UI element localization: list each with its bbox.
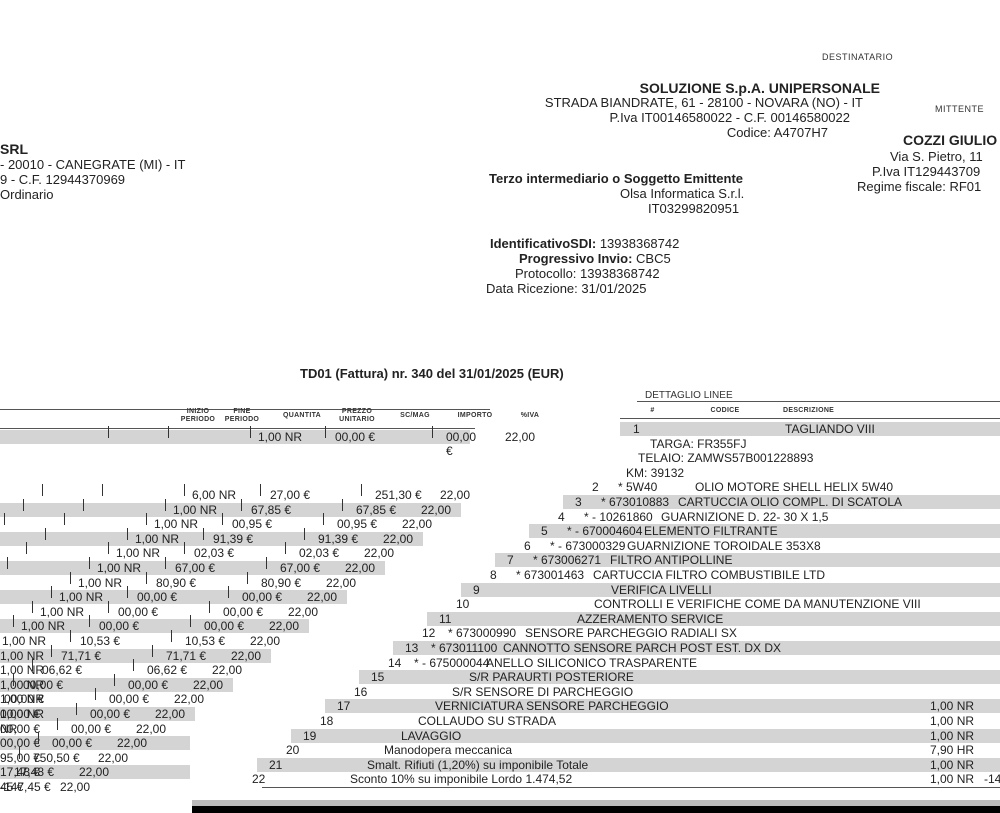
column-divider — [76, 703, 77, 715]
price-qty: 1,00 NR — [40, 605, 84, 619]
detail-description: GUARNIZIONE TOROIDALE 353X8 — [627, 539, 821, 553]
detail-code: * 673001463 — [516, 568, 584, 582]
price-amount: 00,00 € — [128, 678, 168, 692]
price-row: 45 €-147,45 €22,00 — [0, 780, 190, 794]
column-divider — [184, 542, 185, 554]
detail-num: 15 — [371, 670, 384, 684]
price-amount: 00,00 € — [109, 692, 149, 706]
sdi-progressivo-label: Progressivo Invio: — [519, 251, 632, 266]
price-amount: 00,95 € — [337, 517, 377, 531]
price-unit: 00,00 € — [0, 722, 40, 736]
column-divider — [209, 601, 210, 613]
price-unit: 10,53 € — [80, 634, 120, 648]
detail-description: SENSORE PARCHEGGIO RADIALI SX — [525, 626, 737, 640]
price-iva: 22,00 — [421, 503, 451, 517]
sdi-protocollo: Protocollo: 13938368742 — [515, 266, 660, 282]
price-iva: 22,00 — [505, 430, 535, 444]
column-divider — [32, 601, 33, 613]
price-qty: 1,00 NR — [116, 546, 160, 560]
price-iva: 22,00 — [136, 722, 166, 736]
detail-description: COLLAUDO SU STRADA — [418, 714, 556, 728]
price-amount: 91,39 € — [318, 532, 358, 546]
price-unit: 27,00 € — [270, 488, 310, 502]
price-amount: 67,00 € — [280, 561, 320, 575]
sdi-progressivo-value: CBC5 — [636, 251, 671, 266]
supplier-address: - 20010 - CANEGRATE (MI) - IT — [0, 157, 185, 173]
price-row: 1,00 NR80,90 €80,90 €22,00 — [0, 576, 366, 590]
detail-row: 7* 673006271FILTRO ANTIPOLLINE — [495, 553, 1000, 567]
column-divider — [4, 513, 5, 525]
detail-num: 11 — [439, 612, 451, 626]
price-amount: 80,90 € — [261, 576, 301, 590]
detail-row: 15S/R PARAURTI POSTERIORE — [359, 670, 1000, 684]
detail-num: 5 — [541, 524, 548, 538]
detail-description: CANNOTTO SENSORE PARCH POST EST. DX DX — [503, 641, 781, 655]
price-iva: 22,00 — [307, 590, 337, 604]
price-iva: 22,00 — [212, 663, 242, 677]
price-amount: 00,00 € — [90, 707, 130, 721]
price-unit: 02,03 € — [194, 546, 234, 560]
price-iva: 22,00 — [98, 751, 128, 765]
header-inizio-periodo: INIZIO PERIODO — [178, 408, 218, 424]
column-divider — [260, 484, 261, 496]
detail-row: 14* - 675000044ANELLO SILICONICO TRASPAR… — [376, 656, 1000, 670]
price-unit: 00,00 € — [118, 605, 158, 619]
price-qty: 1,00 NR — [154, 517, 198, 531]
price-amount: -147,45 € — [0, 780, 51, 794]
column-divider — [51, 645, 52, 657]
price-iva: 22,00 — [117, 736, 147, 750]
column-divider — [32, 659, 33, 671]
price-unit: 80,90 € — [156, 576, 196, 590]
price-unit: 00,00 € — [99, 619, 139, 633]
detail-description: Sconto 10% su imponibile Lordo 1.474,52 — [350, 772, 572, 786]
mittente-label: MITTENTE — [935, 104, 984, 114]
header-quantita: QUANTITA — [272, 412, 332, 420]
price-iva: 22,00 — [402, 517, 432, 531]
price-amount: 750,50 € — [33, 751, 80, 765]
column-divider — [38, 732, 39, 744]
detail-num: 3 — [575, 495, 582, 509]
price-amount: 00,00 € — [223, 605, 263, 619]
column-divider — [26, 542, 27, 554]
price-row: 1,00 NR00,00 €00,00 €22,00 — [0, 590, 347, 604]
mittente-regime: Regime fiscale: RF01 — [857, 179, 981, 195]
detail-num: 19 — [303, 729, 316, 743]
detail-code: * 5W40 — [618, 480, 657, 494]
detail-row: 18COLLAUDO SU STRADA1,00 NR — [308, 714, 1000, 728]
price-iva: 22,00 — [231, 649, 261, 663]
mittente-address: Via S. Pietro, 11 — [890, 149, 983, 165]
price-row: 95,00 €750,50 €22,00 — [0, 751, 190, 765]
price-iva: 22,00 — [269, 619, 299, 633]
detail-amount: -14 — [984, 772, 1000, 786]
price-qty: 1,00 NR — [78, 576, 122, 590]
price-qty: 6,00 NR — [192, 488, 236, 502]
header-num: # — [645, 407, 660, 415]
price-amount: 00,00 € — [71, 722, 111, 736]
column-divider — [361, 484, 362, 496]
sdi-progressivo: Progressivo Invio: CBC5 — [519, 251, 671, 267]
detail-qty: 1,00 NR — [930, 758, 974, 772]
column-divider — [102, 484, 103, 496]
price-qty: 1,00 NR — [21, 619, 65, 633]
detail-description: CARTUCCIA FILTRO COMBUSTIBILE LTD — [593, 568, 825, 582]
detail-description: TAGLIANDO VIII — [785, 422, 875, 436]
price-unit: 00,00 € — [23, 678, 63, 692]
column-divider — [323, 513, 324, 525]
price-iva: 22,00 — [288, 605, 318, 619]
column-divider — [152, 645, 153, 657]
detail-num: 10 — [456, 597, 469, 611]
detail-description: S/R PARAURTI POSTERIORE — [469, 670, 634, 684]
detail-row: 10CONTROLLI E VERIFICHE COME DA MANUTENZ… — [444, 597, 1000, 611]
detail-row: 1TAGLIANDO VIII — [620, 422, 1000, 436]
column-divider — [83, 499, 84, 511]
document-title: TD01 (Fattura) nr. 340 del 31/01/2025 (E… — [300, 366, 564, 381]
header-fine-periodo: FINE PERIODO — [222, 408, 262, 424]
price-qty: 1,00 NR — [135, 532, 179, 546]
column-divider — [108, 426, 109, 438]
detail-code: * - 670004604 — [567, 524, 642, 538]
column-divider — [203, 528, 204, 540]
price-qty: 1,00 NR — [0, 663, 44, 677]
price-iva: 22,00 — [440, 488, 470, 502]
column-divider — [222, 513, 223, 525]
detail-description: Manodopera meccanica — [384, 743, 512, 757]
detail-row: 19LAVAGGIO1,00 NR — [291, 729, 1000, 743]
price-iva: 22,00 — [250, 634, 280, 648]
detail-description: TELAIO: ZAMWS57B001228893 — [638, 451, 813, 465]
detail-code: * 673000990 — [448, 626, 516, 640]
supplier-tax: 9 - C.F. 12944370969 — [0, 172, 125, 188]
column-divider — [89, 557, 90, 569]
price-row: 1,00 NR67,85 €67,85 €22,00 — [0, 503, 461, 517]
detail-row: 2* 5W40OLIO MOTORE SHELL HELIX 5W40 — [580, 480, 1000, 494]
price-qty: 1,00 NR — [258, 430, 302, 444]
price-row: 1,00 NR00,00 €00,00 €22,00 — [0, 707, 195, 721]
detail-row: 11AZZERAMENTO SERVICE — [427, 612, 1000, 626]
detail-row: KM: 39132 — [620, 466, 1000, 480]
price-qty: 1,00 NR — [59, 590, 103, 604]
column-divider — [45, 528, 46, 540]
price-row: 1,00 NR02,03 €02,03 €22,00 — [0, 546, 404, 560]
price-iva: 22,00 — [174, 692, 204, 706]
price-unit: 00,00 € — [4, 692, 44, 706]
detail-num: 14 — [388, 656, 401, 670]
column-divider — [13, 674, 14, 686]
column-divider — [70, 630, 71, 642]
column-divider — [165, 557, 166, 569]
detail-description: ANELLO SILICONICO TRASPARENTE — [486, 656, 697, 670]
column-divider — [171, 630, 172, 642]
detail-description: VERIFICA LIVELLI — [611, 583, 712, 597]
detail-num: 21 — [269, 758, 282, 772]
price-amount: 00,00 € — [242, 590, 282, 604]
column-divider — [325, 426, 326, 438]
column-divider — [146, 572, 147, 584]
price-row: 1,00 NR91,39 €91,39 €22,00 — [0, 532, 423, 546]
detail-code: * 673010883 — [601, 495, 669, 509]
detail-code: * - 673000329 — [550, 539, 625, 553]
sdi-identificativo-label: IdentificativoSDI: — [490, 236, 596, 251]
price-unit: 67,85 € — [251, 503, 291, 517]
detail-description: ELEMENTO FILTRANTE — [644, 524, 778, 538]
detail-num: 22 — [252, 772, 265, 786]
detail-description: AZZERAMENTO SERVICE — [577, 612, 723, 626]
detail-num: 20 — [286, 743, 299, 757]
detail-num: 9 — [473, 583, 480, 597]
detail-description: TARGA: FR355FJ — [650, 437, 746, 451]
detail-num: 4 — [558, 510, 565, 524]
header-descrizione: DESCRIZIONE — [783, 407, 843, 415]
sdi-data-ricezione: Data Ricezione: 31/01/2025 — [486, 281, 646, 297]
detail-num: 13 — [405, 641, 418, 655]
price-row: 1,00 NR00,00 €00,00 €22,00 — [0, 678, 233, 692]
price-qty: 1,00 NR — [0, 649, 44, 663]
price-row: 1,00 NR00,00 €00,00 €22,00 — [0, 430, 470, 444]
column-divider — [19, 747, 20, 759]
column-divider — [51, 586, 52, 598]
sdi-identificativo: IdentificativoSDI: 13938368742 — [490, 236, 679, 252]
detail-num: 8 — [490, 568, 497, 582]
detail-description: CARTUCCIA OLIO COMPL. DI SCATOLA — [678, 495, 902, 509]
price-unit: 06,62 € — [42, 663, 82, 677]
column-divider — [184, 484, 185, 496]
price-amount: 17,48 € — [14, 765, 54, 779]
detail-qty: 1,00 NR — [930, 714, 974, 728]
column-divider — [432, 426, 433, 438]
detail-description: Smalt. Rifiuti (1,20%) su imponibile Tot… — [367, 758, 588, 772]
detail-num: 2 — [592, 480, 599, 494]
detail-row: TELAIO: ZAMWS57B001228893 — [620, 451, 1000, 465]
detail-description: GUARNIZIONE D. 22- 30 X 1,5 — [661, 510, 828, 524]
column-divider — [342, 499, 343, 511]
price-iva: 22,00 — [364, 546, 394, 560]
price-qty: 1,00 NR — [97, 561, 141, 575]
detail-num: 12 — [422, 626, 435, 640]
column-divider — [127, 528, 128, 540]
detail-row: 22Sconto 10% su imponibile Lordo 1.474,5… — [240, 772, 1000, 786]
column-divider — [146, 513, 147, 525]
destinatario-label: DESTINATARIO — [822, 52, 893, 62]
detail-description: CONTROLLI E VERIFICHE COME DA MANUTENZIO… — [594, 597, 921, 611]
price-unit: 00,00 € — [335, 430, 375, 444]
detail-description: OLIO MOTORE SHELL HELIX 5W40 — [695, 480, 893, 494]
price-row: 1,00 NR00,00 €00,00 €22,00 — [0, 605, 328, 619]
detail-num: 7 — [507, 553, 514, 567]
price-row: 1,00 NR10,53 €10,53 €22,00 — [0, 634, 290, 648]
destinatario-tax: P.Iva IT00146580022 - C.F. 00146580022 — [520, 110, 850, 126]
detail-code: * 673011100 — [431, 641, 497, 655]
column-divider — [57, 718, 58, 730]
price-unit: 71,71 € — [61, 649, 101, 663]
column-divider — [127, 586, 128, 598]
destinatario-code: Codice: A4707H7 — [600, 125, 828, 141]
detail-qty: 1,00 NR — [930, 699, 974, 713]
price-row: NR00,00 €00,00 €22,00 — [0, 722, 190, 736]
column-divider — [304, 528, 305, 540]
detail-num: 16 — [354, 685, 367, 699]
detail-row: 13* 673011100CANNOTTO SENSORE PARCH POST… — [393, 641, 1000, 655]
column-divider — [89, 615, 90, 627]
mittente-tax: P.Iva IT129443709 — [872, 164, 980, 180]
price-unit: 67,00 € — [175, 561, 215, 575]
price-iva: 22,00 — [193, 678, 223, 692]
header-prezzo-unitario: PREZZO UNITARIO — [332, 408, 382, 424]
price-amount: 02,03 € — [299, 546, 339, 560]
price-row: 1,00 NR00,95 €00,95 €22,00 — [0, 517, 442, 531]
detail-num: 17 — [337, 699, 350, 713]
sdi-identificativo-value: 13938368742 — [600, 236, 680, 251]
column-divider — [42, 484, 43, 496]
detail-row: TARGA: FR355FJ — [620, 437, 1000, 451]
column-divider — [133, 659, 134, 671]
supplier-regime: Ordinario — [0, 187, 53, 203]
detail-num: 6 — [524, 539, 531, 553]
detail-code: * 673006271 — [533, 553, 601, 567]
destinatario-address: STRADA BIANDRATE, 61 - 28100 - NOVARA (N… — [440, 95, 863, 111]
header-codice: CODICE — [700, 407, 750, 415]
detail-qty: 1,00 NR — [930, 729, 974, 743]
column-divider — [190, 615, 191, 627]
price-row: 6,00 NR27,00 €251,30 €22,00 — [0, 488, 480, 502]
intermediario-vat: IT03299820951 — [648, 201, 739, 217]
price-row: 1,00 NR06,62 €06,62 €22,00 — [0, 663, 252, 677]
price-amount: 00,00 € — [446, 430, 476, 458]
intermediario-label: Terzo intermediario o Soggetto Emittente — [489, 171, 743, 186]
price-row: 17,48 €17,48 €22,00 — [0, 765, 190, 779]
price-unit: 00,95 € — [232, 517, 272, 531]
price-iva: 22,00 — [60, 780, 90, 794]
price-unit: 00,00 € — [0, 736, 40, 750]
detail-row: 6* - 673000329GUARNIZIONE TOROIDALE 353X… — [512, 539, 1000, 553]
detail-row: 9VERIFICA LIVELLI — [461, 583, 1000, 597]
price-amount: 00,00 € — [204, 619, 244, 633]
price-iva: 22,00 — [326, 576, 356, 590]
column-divider — [64, 513, 65, 525]
price-amount: 71,71 € — [166, 649, 206, 663]
price-unit: 00,00 € — [137, 590, 177, 604]
price-amount: 06,62 € — [147, 663, 187, 677]
price-unit: 00,00 € — [0, 707, 40, 721]
column-divider — [165, 499, 166, 511]
detail-row: 5* - 670004604ELEMENTO FILTRANTE — [529, 524, 1000, 538]
column-divider — [13, 615, 14, 627]
price-iva: 22,00 — [79, 765, 109, 779]
column-divider — [168, 426, 169, 438]
detail-row: 16S/R SENSORE DI PARCHEGGIO — [342, 685, 1000, 699]
detail-row: 20Manodopera meccanica7,90 HR — [274, 743, 1000, 757]
price-iva: 22,00 — [383, 532, 413, 546]
mittente-name: COZZI GIULIO — [903, 132, 997, 148]
detail-description: LAVAGGIO — [401, 729, 461, 743]
price-qty: 1,00 NR — [2, 634, 46, 648]
column-divider — [250, 426, 251, 438]
detail-row: 8* 673001463CARTUCCIA FILTRO COMBUSTIBIL… — [478, 568, 1000, 582]
column-divider — [108, 601, 109, 613]
price-row: 1,00 NR00,00 €00,00 €22,00 — [0, 692, 214, 706]
price-row: 00,00 €00,00 €22,00 — [0, 736, 190, 750]
detail-row: 3* 673010883CARTUCCIA OLIO COMPL. DI SCA… — [563, 495, 1000, 509]
supplier-name: SRL — [0, 141, 28, 157]
price-row: 1,00 NR67,00 €67,00 €22,00 — [0, 561, 385, 575]
price-iva: 22,00 — [155, 707, 185, 721]
column-divider — [108, 542, 109, 554]
column-divider — [95, 688, 96, 700]
price-amount: 67,85 € — [356, 503, 396, 517]
price-amount: 10,53 € — [185, 634, 225, 648]
table-bottom-border — [262, 787, 1000, 788]
column-divider — [114, 674, 115, 686]
column-divider — [7, 557, 8, 569]
detail-row: 21Smalt. Rifiuti (1,20%) su imponibile T… — [257, 758, 1000, 772]
column-divider — [241, 499, 242, 511]
detail-num: 18 — [320, 714, 333, 728]
detail-code: * - 675000044 — [414, 656, 489, 670]
intermediario-name: Olsa Informatica S.r.l. — [620, 186, 744, 202]
detail-description: FILTRO ANTIPOLLINE — [610, 553, 732, 567]
price-unit: 91,39 € — [213, 532, 253, 546]
detail-description: S/R SENSORE DI PARCHEGGIO — [452, 685, 633, 699]
detail-qty: 7,90 HR — [930, 743, 974, 757]
detail-row: 4* - 10261860GUARNIZIONE D. 22- 30 X 1,5 — [546, 510, 1000, 524]
detail-description: KM: 39132 — [626, 466, 684, 480]
column-divider — [23, 499, 24, 511]
detail-row: 17VERNICIATURA SENSORE PARCHEGGIO1,00 NR — [325, 699, 1000, 713]
header-iva: %IVA — [510, 412, 550, 420]
page-edge-shadow — [192, 806, 1000, 813]
destinatario-name: SOLUZIONE S.p.A. UNIPERSONALE — [560, 80, 880, 96]
header-sc-mag: SC/MAG — [395, 412, 435, 420]
column-divider — [228, 586, 229, 598]
price-amount: 251,30 € — [375, 488, 422, 502]
header-importo: IMPORTO — [445, 412, 505, 420]
price-iva: 22,00 — [345, 561, 375, 575]
detail-qty: 1,00 NR — [930, 772, 974, 786]
column-divider — [266, 557, 267, 569]
price-amount: 00,00 € — [52, 736, 92, 750]
detail-description: VERNICIATURA SENSORE PARCHEGGIO — [435, 699, 669, 713]
detail-code: * - 10261860 — [584, 510, 653, 524]
price-row: 1,00 NR71,71 €71,71 €22,00 — [0, 649, 271, 663]
price-qty: 1,00 NR — [173, 503, 217, 517]
price-row: 1,00 NR00,00 €00,00 €22,00 — [0, 619, 309, 633]
detail-row: 12* 673000990SENSORE PARCHEGGIO RADIALI … — [410, 626, 1000, 640]
column-divider — [285, 542, 286, 554]
column-divider — [70, 572, 71, 584]
detail-num: 1 — [633, 422, 640, 436]
detail-table-title: DETTAGLIO LINEE — [645, 390, 733, 401]
column-divider — [247, 572, 248, 584]
